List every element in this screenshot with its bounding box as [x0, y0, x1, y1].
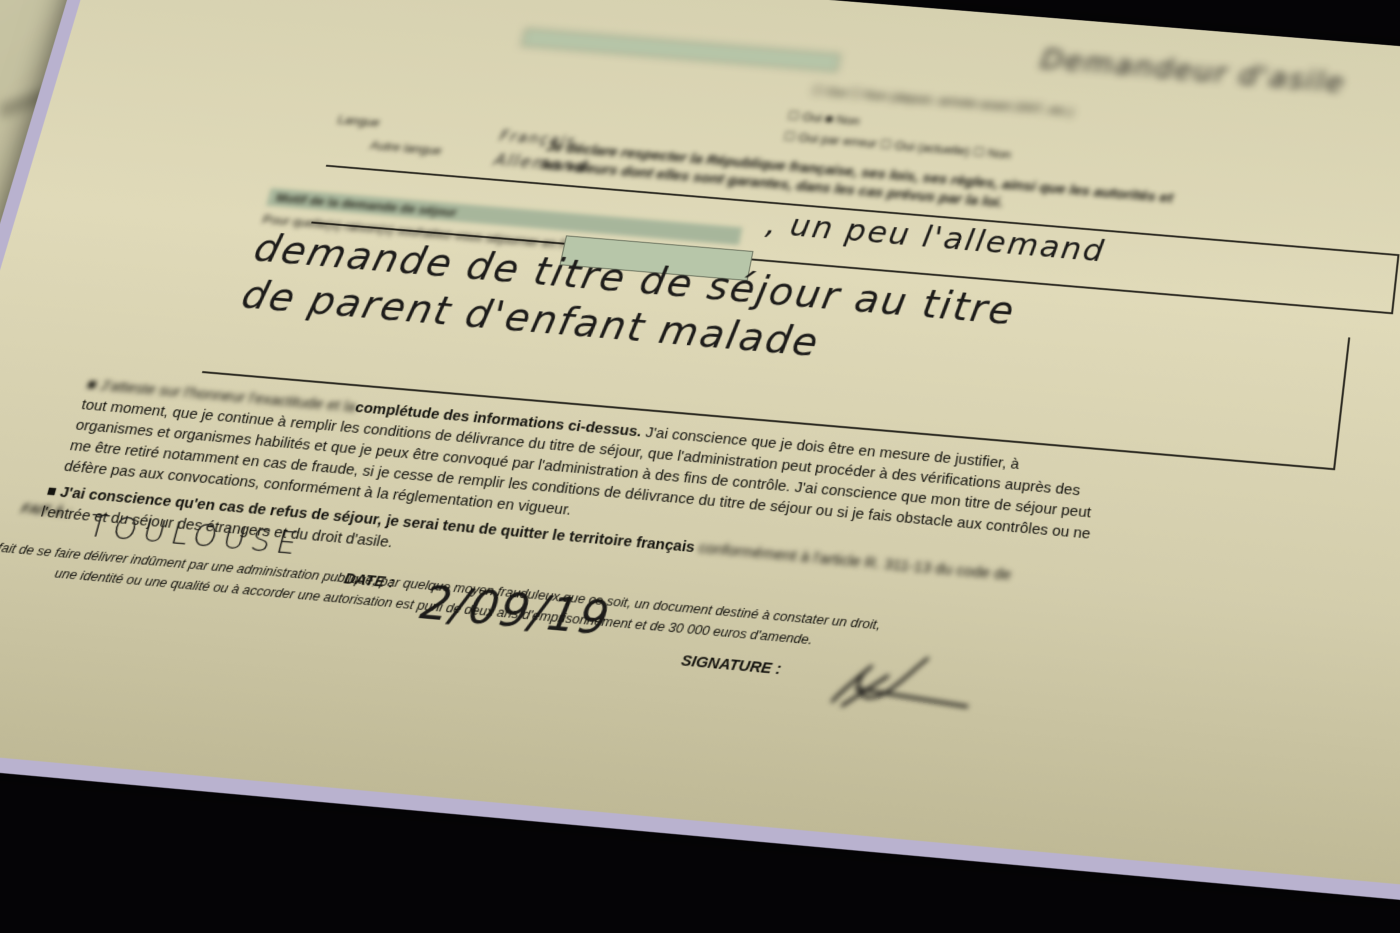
handwritten-category: Demandeur d'asile [1039, 44, 1347, 100]
signature-mark [820, 644, 986, 720]
green-field [521, 28, 840, 71]
refus-tail: conformément à l'article R. 311-13 du co… [693, 539, 1013, 584]
document-page-wrap: Demandeur d'asile ☐ Oui ☐ Non (depuis: a… [0, 0, 1400, 902]
document-page: Demandeur d'asile ☐ Oui ☐ Non (depuis: a… [0, 0, 1400, 902]
language-label-2: Autre langue [369, 138, 443, 157]
photo-scene: Demandeur d'asile ☐ Oui ☐ Non (depuis: a… [0, 0, 1400, 933]
options-line-2: ☐ Oui ■ Non [787, 109, 861, 129]
place-label: FAIT À : [20, 501, 74, 520]
signature-label: SIGNATURE : [680, 652, 783, 678]
handwritten-language-1: Français [498, 128, 578, 151]
options-line-3: ☐ Oui par erreur ☐ Oui (actuelle) ☐ Non [782, 129, 1012, 162]
language-label-1: Langue [336, 112, 381, 129]
